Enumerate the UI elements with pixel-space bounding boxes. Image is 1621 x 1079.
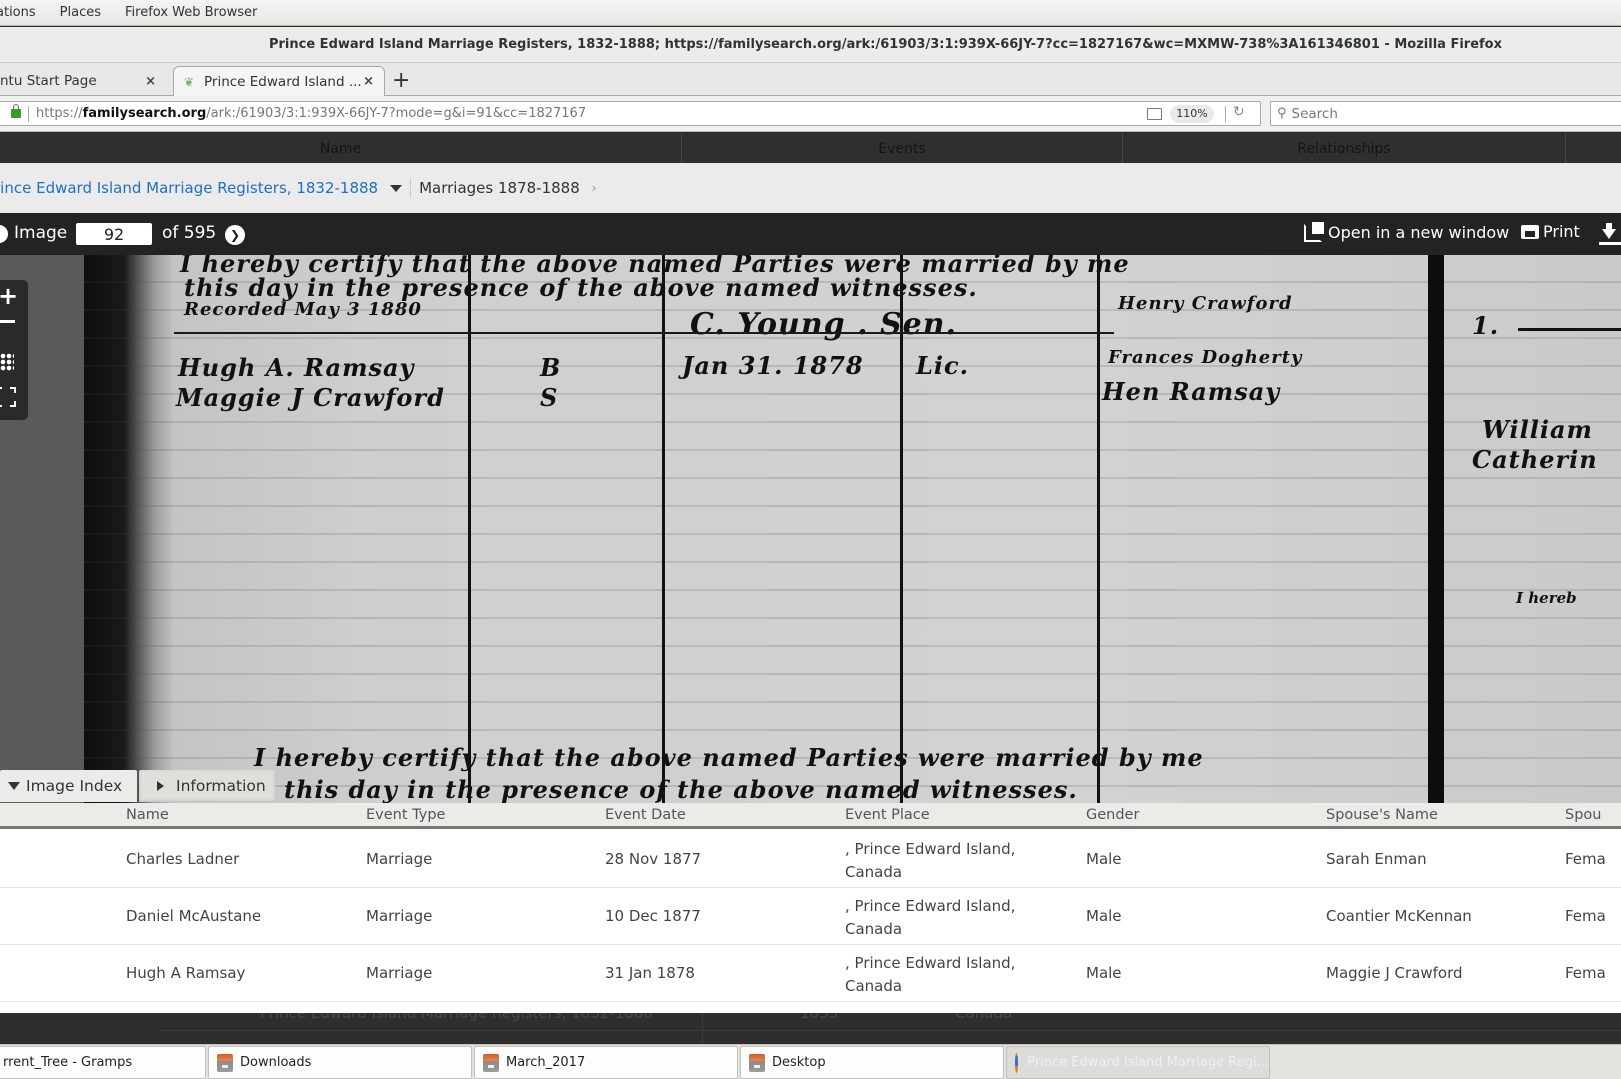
nav-relationships[interactable]: Relationships [1123,133,1566,163]
handwritten-line: B [540,353,561,382]
cell-event-place: , Prince Edward Island,Canada [845,952,1015,998]
ghost-text: Canada [955,1013,1012,1022]
taskbar-item-desktop[interactable]: Desktop [740,1046,1004,1079]
new-tab-button[interactable]: + [392,68,410,94]
cell-event-date: 31 Jan 1878 [605,964,695,982]
cell-event-place: , Prince Edward Island,Canada [845,838,1015,884]
tab-prince-edward-island[interactable]: ❦ Prince Edward Island ... × [173,66,385,96]
handwritten-line: this day in the presence of the above na… [284,775,1078,804]
open-new-window-label: Open in a new window [1328,223,1509,242]
cell-spouse-name: Sarah Enman [1326,850,1427,868]
breadcrumb: rince Edward Island Marriage Registers, … [0,163,1621,213]
column-header-event-date[interactable]: Event Date [605,807,686,823]
reload-icon[interactable]: ↻ [1233,104,1245,120]
cell-event-type: Marriage [366,907,432,925]
url-separator [28,106,29,122]
taskbar-item-firefox[interactable]: Prince Edward Island Marriage Regi... [1006,1046,1270,1079]
handwritten-line: 1. [1472,311,1499,340]
taskbar-label: March_2017 [506,1055,585,1070]
gallery-grid-icon[interactable] [0,353,14,371]
url-text[interactable]: https://familysearch.org/ark:/61903/3:1:… [36,106,586,121]
register-column-line [662,255,665,825]
breadcrumb-current[interactable]: Marriages 1878-1888 [419,179,580,197]
desktop-screen: ations Places Firefox Web Browser Prince… [0,0,1621,1079]
page-background-ghost: Prince Edward Island Marriage Registers,… [0,1013,1621,1044]
ghost-text: Prince Edward Island Marriage Registers,… [260,1013,653,1022]
handwritten-line: Jan 31. 1878 [682,351,864,380]
open-new-window-button[interactable]: Open in a new window [1304,223,1509,242]
place-line: Canada [845,977,902,995]
taskbar-item-gramps[interactable]: rrent_Tree - Gramps [0,1046,206,1079]
secure-lock-icon[interactable] [11,109,21,118]
handwritten-line: Recorded May 3 1880 [184,299,422,320]
url-path: /ark:/61903/3:1:939X-66JY-7?mode=g&i=91&… [206,106,586,121]
cell-gender: Male [1086,850,1122,868]
cell-spouse-gender: Fema [1565,964,1606,982]
places-menu[interactable]: Places [48,5,113,20]
file-cabinet-icon [217,1054,233,1072]
firefox-app-menu[interactable]: Firefox Web Browser [113,5,269,20]
search-icon: ⚲ [1277,106,1287,121]
image-index-table: Name Event Type Event Date Event Place G… [0,803,1621,1013]
cell-event-type: Marriage [366,964,432,982]
image-label: Image [14,223,67,243]
nav-events[interactable]: Events [682,133,1123,163]
tab-label: Information [176,777,266,795]
image-total: of 595 [162,223,216,243]
cell-name[interactable]: Hugh A Ramsay [126,964,245,982]
close-tab-icon[interactable]: × [363,74,374,89]
ghost-text: 1835 [800,1013,838,1022]
register-column-line [1097,255,1100,825]
external-window-icon [1304,224,1322,242]
cell-gender: Male [1086,907,1122,925]
printer-icon [1521,225,1539,239]
handwritten-line: S [540,383,558,412]
url-scheme: https:// [36,106,83,121]
ruled-line [1518,328,1621,331]
previous-image-button[interactable] [0,225,8,243]
expanded-triangle-icon [8,782,20,790]
table-row[interactable]: Daniel McAustane Marriage 10 Dec 1877 , … [0,889,1621,945]
handwritten-line: Catherin [1472,445,1598,474]
window-list-taskbar: rrent_Tree - Gramps Downloads March_2017… [0,1044,1621,1079]
place-line: Canada [845,920,902,938]
cell-name[interactable]: Daniel McAustane [126,907,261,925]
column-header-spouse-gender[interactable]: Spou [1565,807,1601,823]
taskbar-label: Prince Edward Island Marriage Regi... [1027,1055,1269,1070]
caret-down-icon[interactable] [390,185,402,192]
navigation-toolbar: https://familysearch.org/ark:/61903/3:1:… [0,96,1621,132]
taskbar-item-downloads[interactable]: Downloads [208,1046,472,1079]
file-cabinet-icon [749,1054,765,1072]
zoom-out-icon[interactable] [0,320,15,323]
cell-gender: Male [1086,964,1122,982]
column-header-event-type[interactable]: Event Type [366,807,445,823]
column-header-event-place[interactable]: Event Place [845,807,930,823]
table-row[interactable]: Hugh A Ramsay Marriage 31 Jan 1878 , Pri… [0,946,1621,1002]
print-label: Print [1543,222,1580,241]
tab-label: Image Index [26,777,122,795]
collapsed-triangle-icon [157,781,164,791]
tab-label: ntu Start Page [0,73,97,89]
handwritten-line: William [1482,415,1593,444]
tab-label: Prince Edward Island ... [204,74,362,90]
cell-spouse-gender: Fema [1565,850,1606,868]
url-domain: familysearch.org [83,106,207,121]
cell-event-date: 28 Nov 1877 [605,850,701,868]
zoom-in-icon[interactable]: + [0,282,18,310]
next-image-button[interactable]: ❯ [225,225,245,245]
nav-name[interactable]: Name [0,133,682,163]
cell-event-place: , Prince Edward Island,Canada [845,895,1015,941]
handwritten-line: Maggie J Crawford [176,383,445,412]
image-viewer[interactable]: I hereby certify that the above named Pa… [0,255,1621,825]
cell-name[interactable]: Charles Ladner [126,850,239,868]
window-title: Prince Edward Island Marriage Registers,… [269,37,1502,52]
table-row[interactable]: Charles Ladner Marriage 28 Nov 1877 , Pr… [0,832,1621,888]
printed-text: I hereb [1516,589,1577,607]
fullscreen-icon[interactable] [0,387,16,407]
close-tab-icon[interactable]: × [145,74,156,89]
handwritten-line: Henry Crawford [1118,293,1293,314]
firefox-icon [1015,1053,1018,1073]
handwritten-line: C. Young . Sen. [690,307,957,342]
register-page-divider [1428,255,1444,825]
column-header-name[interactable]: Name [126,807,169,823]
tab-ubuntu-start-page[interactable]: ntu Start Page × [0,66,166,96]
place-line: , Prince Edward Island, [845,840,1015,858]
familysearch-tree-icon: ❦ [184,75,196,89]
taskbar-label: Downloads [240,1055,311,1070]
download-icon-base [1599,242,1621,245]
system-top-bar: ations Places Firefox Web Browser [0,0,1621,26]
browser-tab-strip: ntu Start Page × ❦ Prince Edward Island … [0,63,1621,96]
breadcrumb-divider [410,178,411,198]
handwritten-line: I hereby certify that the above named Pa… [254,743,1204,772]
image-toolbar: Image of 595 ❯ Open in a new window Prin… [0,213,1621,255]
column-header-gender[interactable]: Gender [1086,807,1139,823]
window-title-bar: Prince Edward Island Marriage Registers,… [0,27,1621,63]
handwritten-line: Hugh A. Ramsay [178,353,415,382]
tab-information[interactable]: Information [139,770,275,802]
column-header-spouse-name[interactable]: Spouse's Name [1326,807,1438,823]
ghost-line [702,1013,703,1044]
cell-spouse-gender: Fema [1565,907,1606,925]
ruled-line [174,332,1114,334]
handwritten-line: this day in the presence of the above na… [184,273,978,302]
search-input[interactable]: ⚲ Search [1270,101,1621,126]
image-number-input[interactable] [76,223,152,245]
reload-separator [1225,106,1226,122]
applications-menu[interactable]: ations [0,5,48,20]
chevron-right-icon: › [592,181,597,195]
register-column-line [468,255,471,825]
breadcrumb-collection-link[interactable]: rince Edward Island Marriage Registers, … [0,179,378,197]
place-line: , Prince Edward Island, [845,954,1015,972]
taskbar-label: rrent_Tree - Gramps [3,1055,132,1070]
print-button[interactable]: Print [1521,222,1580,241]
cell-spouse-name: Coantier McKennan [1326,907,1472,925]
record-section-nav: Name Events Relationships [0,133,1621,163]
place-line: Canada [845,863,902,881]
table-header: Name Event Type Event Date Event Place G… [0,803,1621,829]
url-bar[interactable]: https://familysearch.org/ark:/61903/3:1:… [0,101,1261,126]
viewer-zoom-controls: + [0,280,28,420]
search-placeholder: Search [1292,106,1338,122]
register-page-image[interactable]: I hereby certify that the above named Pa… [84,255,1621,825]
handwritten-line: Frances Dogherty [1108,347,1303,368]
reader-view-icon[interactable] [1147,108,1162,120]
cell-event-date: 10 Dec 1877 [605,907,701,925]
ghost-line [160,1030,1621,1031]
zoom-level-indicator[interactable]: 110% [1170,105,1214,123]
cell-spouse-name: Maggie J Crawford [1326,964,1463,982]
taskbar-item-march-2017[interactable]: March_2017 [474,1046,738,1079]
place-line: , Prince Edward Island, [845,897,1015,915]
file-cabinet-icon [483,1054,499,1072]
taskbar-label: Desktop [772,1055,826,1070]
handwritten-line: Lic. [916,351,969,380]
handwritten-line: Hen Ramsay [1102,377,1280,406]
tab-image-index[interactable]: Image Index [0,770,137,802]
cell-event-type: Marriage [366,850,432,868]
